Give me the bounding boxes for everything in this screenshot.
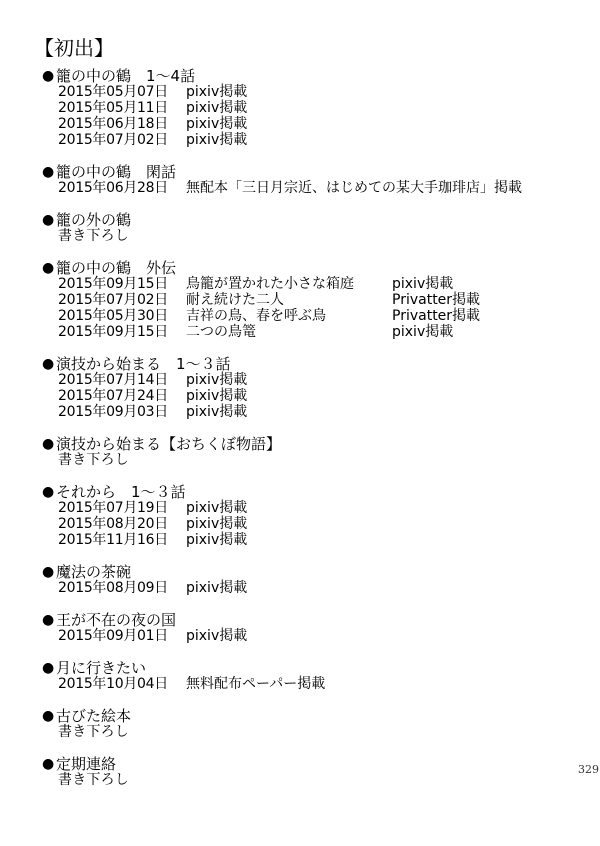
- section-title: ● 籠の外の鶴: [42, 212, 582, 228]
- section-teiki-renraku: ● 定期連絡 書き下ろし: [42, 756, 582, 788]
- section-title-text: 演技から始まる 1～３話: [56, 356, 231, 372]
- section-title: ● 籠の中の鶴 外伝: [42, 260, 582, 276]
- publish-note: pixiv掲載: [186, 116, 247, 132]
- work-title: 鳥籠が置かれた小さな箱庭: [186, 276, 392, 292]
- list-item: 2015年05月30日 吉祥の鳥、春を呼ぶ鳥 Privatter掲載: [42, 308, 582, 324]
- section-kago-no-naka-no-tsuru: ● 籠の中の鶴 1～4話 2015年05月07日 pixiv掲載 2015年05…: [42, 68, 582, 148]
- bullet-icon: ●: [42, 708, 56, 724]
- publication-history-list: ● 籠の中の鶴 1～4話 2015年05月07日 pixiv掲載 2015年05…: [42, 68, 582, 804]
- publish-date: 2015年05月07日: [58, 84, 186, 100]
- publish-note: pixiv掲載: [186, 500, 247, 516]
- list-item: 書き下ろし: [42, 228, 582, 244]
- publish-note: pixiv掲載: [186, 532, 247, 548]
- bullet-icon: ●: [42, 260, 56, 276]
- publish-date: 2015年07月24日: [58, 388, 186, 404]
- list-item: 2015年09月03日 pixiv掲載: [42, 404, 582, 420]
- section-title: ● 定期連絡: [42, 756, 582, 772]
- section-title-text: 定期連絡: [56, 756, 116, 772]
- section-kago-no-naka-no-tsuru-gaiden: ● 籠の中の鶴 外伝 2015年09月15日 鳥籠が置かれた小さな箱庭 pixi…: [42, 260, 582, 340]
- section-title: ● 古びた絵本: [42, 708, 582, 724]
- list-item: 2015年08月09日 pixiv掲載: [42, 580, 582, 596]
- publish-date: 2015年09月15日: [58, 324, 186, 340]
- section-furubita-ehon: ● 古びた絵本 書き下ろし: [42, 708, 582, 740]
- section-engi-kara-hajimaru: ● 演技から始まる 1～３話 2015年07月14日 pixiv掲載 2015年…: [42, 356, 582, 420]
- bullet-icon: ●: [42, 660, 56, 676]
- section-title: ● 演技から始まる【おちくぼ物語】: [42, 436, 582, 452]
- section-title-text: 籠の中の鶴 閑話: [56, 164, 176, 180]
- publish-date: 2015年09月15日: [58, 276, 186, 292]
- publish-note: Privatter掲載: [392, 292, 480, 308]
- section-kago-no-naka-no-tsuru-kanwa: ● 籠の中の鶴 閑話 2015年06月28日 無配本「三日月宗近、はじめての某大…: [42, 164, 582, 196]
- section-title-text: 月に行きたい: [56, 660, 146, 676]
- section-title: ● 魔法の茶碗: [42, 564, 582, 580]
- list-item: 2015年09月01日 pixiv掲載: [42, 628, 582, 644]
- publish-date: 2015年09月01日: [58, 628, 186, 644]
- section-tsuki-ni-ikitai: ● 月に行きたい 2015年10月04日 無料配布ペーパー掲載: [42, 660, 582, 692]
- list-item: 2015年09月15日 二つの鳥篭 pixiv掲載: [42, 324, 582, 340]
- section-title-text: 魔法の茶碗: [56, 564, 131, 580]
- publish-note: pixiv掲載: [186, 132, 247, 148]
- list-item: 2015年07月02日 耐え続けた二人 Privatter掲載: [42, 292, 582, 308]
- list-item: 2015年07月24日 pixiv掲載: [42, 388, 582, 404]
- publish-date: 2015年11月16日: [58, 532, 186, 548]
- section-title-text: 演技から始まる【おちくぼ物語】: [56, 436, 281, 452]
- list-item: 2015年09月15日 鳥籠が置かれた小さな箱庭 pixiv掲載: [42, 276, 582, 292]
- publish-date: 2015年06月18日: [58, 116, 186, 132]
- section-title: ● 演技から始まる 1～３話: [42, 356, 582, 372]
- publish-note: Privatter掲載: [392, 308, 480, 324]
- publish-note: 無料配布ペーパー掲載: [186, 676, 325, 692]
- work-title: 耐え続けた二人: [186, 292, 392, 308]
- list-item: 2015年07月14日 pixiv掲載: [42, 372, 582, 388]
- publish-note: pixiv掲載: [186, 100, 247, 116]
- bullet-icon: ●: [42, 212, 56, 228]
- work-title: 吉祥の鳥、春を呼ぶ鳥: [186, 308, 392, 324]
- publish-note: pixiv掲載: [186, 372, 247, 388]
- list-item: 2015年08月20日 pixiv掲載: [42, 516, 582, 532]
- publish-date: 2015年10月04日: [58, 676, 186, 692]
- list-item: 書き下ろし: [42, 724, 582, 740]
- publish-date: 2015年07月02日: [58, 292, 186, 308]
- section-ou-ga-fuzai: ● 王が不在の夜の国 2015年09月01日 pixiv掲載: [42, 612, 582, 644]
- page-number: 329: [578, 763, 599, 776]
- bullet-icon: ●: [42, 356, 56, 372]
- section-title: ● 籠の中の鶴 閑話: [42, 164, 582, 180]
- section-engi-ochikubo: ● 演技から始まる【おちくぼ物語】 書き下ろし: [42, 436, 582, 468]
- publish-note: pixiv掲載: [392, 324, 453, 340]
- publish-date: 2015年08月20日: [58, 516, 186, 532]
- publish-date: 2015年05月11日: [58, 100, 186, 116]
- publish-date: 2015年07月14日: [58, 372, 186, 388]
- publish-note: pixiv掲載: [186, 388, 247, 404]
- section-title: ● 王が不在の夜の国: [42, 612, 582, 628]
- publish-note: 無配本「三日月宗近、はじめての某大手珈琲店」掲載: [186, 180, 522, 196]
- publish-date: 2015年08月09日: [58, 580, 186, 596]
- publish-note: pixiv掲載: [186, 84, 247, 100]
- publish-note: 書き下ろし: [58, 452, 129, 468]
- page-heading: 【初出】: [34, 36, 114, 60]
- bullet-icon: ●: [42, 564, 56, 580]
- list-item: 2015年10月04日 無料配布ペーパー掲載: [42, 676, 582, 692]
- publish-note: pixiv掲載: [186, 404, 247, 420]
- section-title-text: それから 1～３話: [56, 484, 186, 500]
- publish-date: 2015年09月03日: [58, 404, 186, 420]
- list-item: 2015年07月19日 pixiv掲載: [42, 500, 582, 516]
- section-mahou-no-chawan: ● 魔法の茶碗 2015年08月09日 pixiv掲載: [42, 564, 582, 596]
- section-title: ● 籠の中の鶴 1～4話: [42, 68, 582, 84]
- list-item: 書き下ろし: [42, 452, 582, 468]
- section-sorekara: ● それから 1～３話 2015年07月19日 pixiv掲載 2015年08月…: [42, 484, 582, 548]
- publish-note: pixiv掲載: [392, 276, 453, 292]
- publish-note: 書き下ろし: [58, 724, 129, 740]
- list-item: 2015年06月28日 無配本「三日月宗近、はじめての某大手珈琲店」掲載: [42, 180, 582, 196]
- section-title-text: 籠の中の鶴 1～4話: [56, 68, 195, 84]
- section-title: ● それから 1～３話: [42, 484, 582, 500]
- bullet-icon: ●: [42, 756, 56, 772]
- bullet-icon: ●: [42, 484, 56, 500]
- section-title-text: 籠の中の鶴 外伝: [56, 260, 176, 276]
- bullet-icon: ●: [42, 68, 56, 84]
- list-item: 2015年07月02日 pixiv掲載: [42, 132, 582, 148]
- list-item: 2015年05月11日 pixiv掲載: [42, 100, 582, 116]
- publish-date: 2015年07月02日: [58, 132, 186, 148]
- section-title: ● 月に行きたい: [42, 660, 582, 676]
- bullet-icon: ●: [42, 436, 56, 452]
- list-item: 2015年06月18日 pixiv掲載: [42, 116, 582, 132]
- publish-note: pixiv掲載: [186, 580, 247, 596]
- list-item: 2015年05月07日 pixiv掲載: [42, 84, 582, 100]
- bullet-icon: ●: [42, 612, 56, 628]
- bullet-icon: ●: [42, 164, 56, 180]
- section-kago-no-soto-no-tsuru: ● 籠の外の鶴 書き下ろし: [42, 212, 582, 244]
- work-title: 二つの鳥篭: [186, 324, 392, 340]
- publish-date: 2015年05月30日: [58, 308, 186, 324]
- section-title-text: 王が不在の夜の国: [56, 612, 176, 628]
- publish-note: pixiv掲載: [186, 516, 247, 532]
- section-title-text: 籠の外の鶴: [56, 212, 131, 228]
- publish-date: 2015年07月19日: [58, 500, 186, 516]
- list-item: 2015年11月16日 pixiv掲載: [42, 532, 582, 548]
- publish-note: pixiv掲載: [186, 628, 247, 644]
- publish-note: 書き下ろし: [58, 772, 129, 788]
- publish-date: 2015年06月28日: [58, 180, 186, 196]
- list-item: 書き下ろし: [42, 772, 582, 788]
- publish-note: 書き下ろし: [58, 228, 129, 244]
- section-title-text: 古びた絵本: [56, 708, 131, 724]
